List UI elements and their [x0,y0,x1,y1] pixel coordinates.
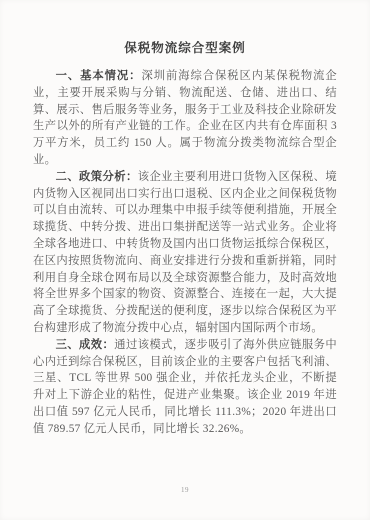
paragraph-basic-info: 一、基本情况：深圳前海综合保税区内某保税物流企业，主要开展采购与分销、物流配送、… [33,68,337,169]
paragraph-body: 该企业主要利用进口货物入区保税、境内货物入区视同出口实行出口退税、区内企业之间保… [33,171,337,334]
document-page: 保税物流综合型案例 一、基本情况：深圳前海综合保税区内某保税物流企业，主要开展采… [0,0,370,520]
paragraph-lead: 二、政策分析： [56,171,138,183]
page-number: 19 [0,486,370,494]
paragraph-results: 三、成效：通过该模式，逐步吸引了海外供应链服务中心内迁到综合保税区，目前该企业的… [33,337,337,438]
document-title: 保税物流综合型案例 [33,40,337,56]
paragraph-body: 深圳前海综合保税区内某保税物流企业，主要开展采购与分销、物流配送、仓储、进出口、… [33,70,337,166]
paragraph-lead: 三、成效： [56,339,115,351]
document-content: 保税物流综合型案例 一、基本情况：深圳前海综合保税区内某保税物流企业，主要开展采… [33,40,337,438]
paragraph-body: 通过该模式，逐步吸引了海外供应链服务中心内迁到综合保税区，目前该企业的主要客户包… [33,339,337,435]
paragraph-policy-analysis: 二、政策分析：该企业主要利用进口货物入区保税、境内货物入区视同出口实行出口退税、… [33,169,337,337]
paragraph-lead: 一、基本情况： [56,70,142,82]
